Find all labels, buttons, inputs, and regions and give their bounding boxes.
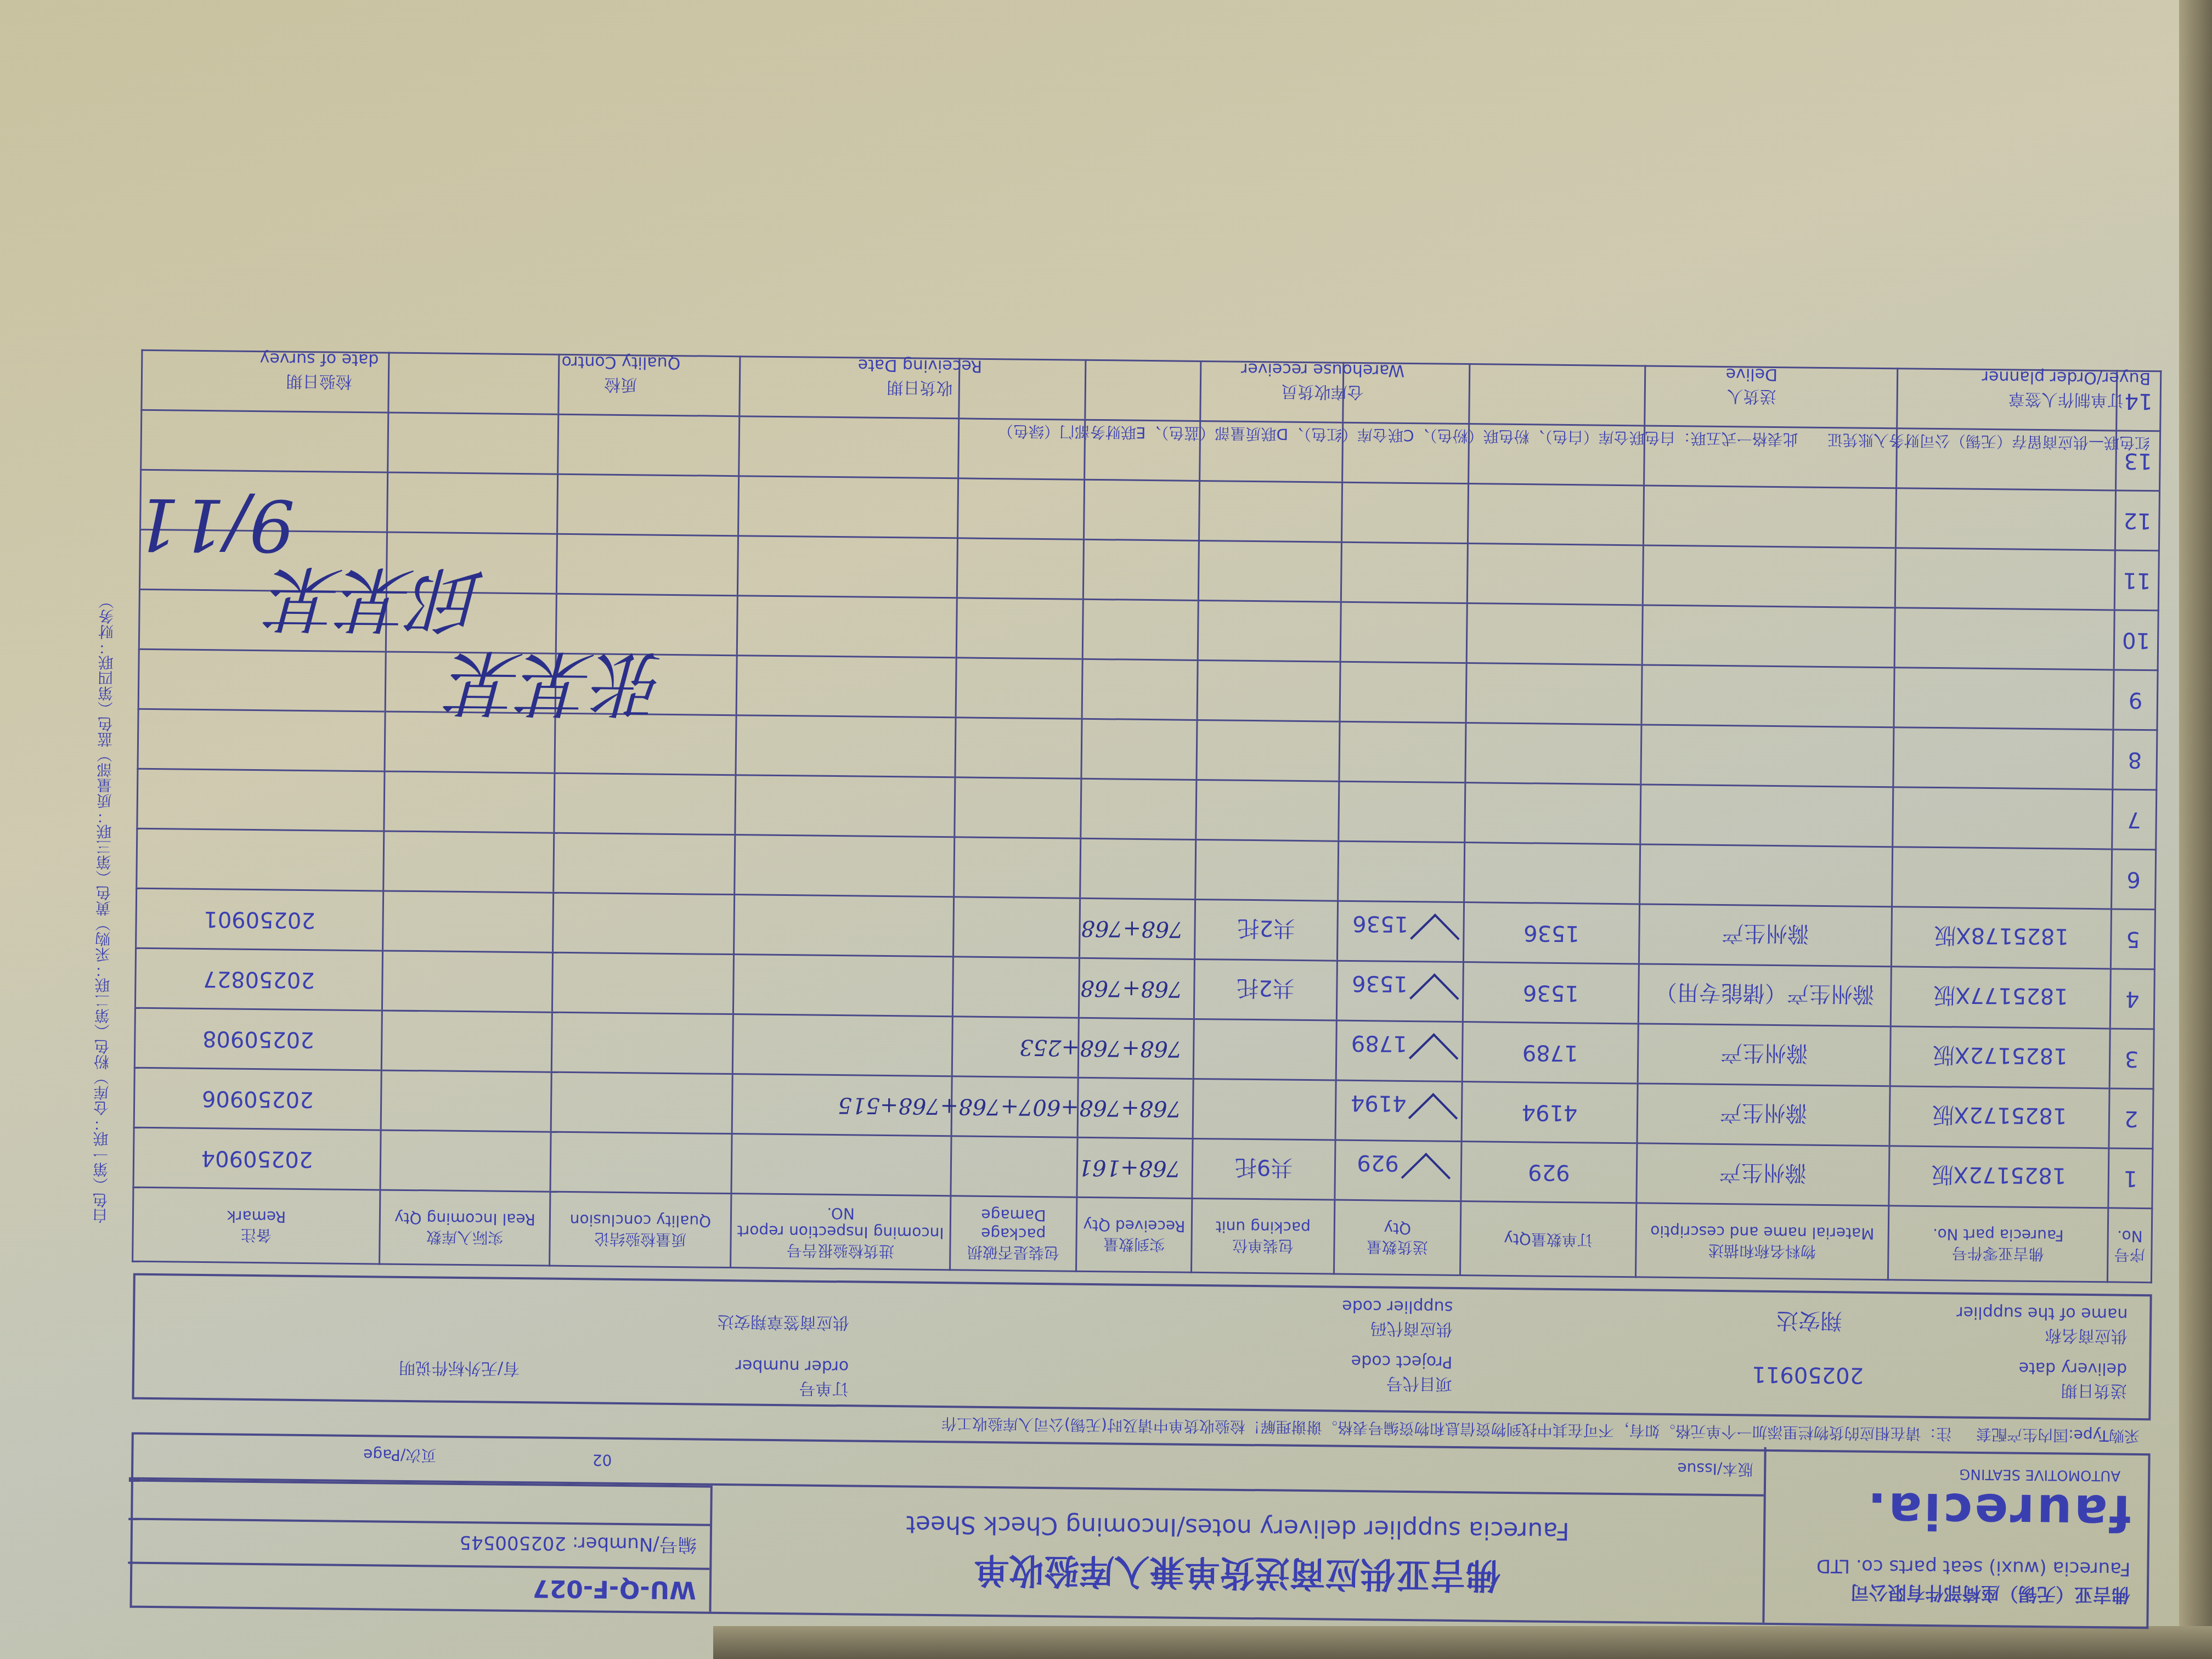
issue-label: 版本/Issue — [1677, 1458, 1753, 1481]
form-note: 注：请在相应的货物栏里添加一个单元格。如有，不可在其中找到物资信息和物资编号表格… — [941, 1414, 1952, 1443]
brand-tagline: AUTOMOTIVE SEATING — [1782, 1464, 2120, 1483]
table-surface — [713, 1626, 2212, 1659]
copy-note: 红色联—供应商留存（无锡）公司财务入账凭证 — [1827, 431, 2150, 452]
row-no: 3 — [2109, 1029, 2154, 1089]
sig-quality: 质检Quality Contro — [561, 351, 681, 396]
real-incoming-qty — [382, 951, 552, 1012]
supplier-name-label: 供应商名称 name of the supplier — [1956, 1301, 2128, 1347]
inspection-report — [731, 1134, 951, 1196]
handwritten-signature-2: 邱某某 — [272, 552, 487, 657]
row-no: 9 — [2113, 670, 2158, 730]
title-cn: 佛吉亚供应商送货单兼入库验收单 — [712, 1545, 1763, 1606]
check-mark-icon — [1409, 973, 1459, 1023]
part-no: 1825172X版 — [1889, 1146, 2109, 1208]
col-received-qty: 实到数量Received Qty — [1076, 1197, 1192, 1272]
faurecia-logo: faurecia. — [1782, 1480, 2131, 1542]
quality-conclusion — [551, 1012, 733, 1074]
remark: 20250904 — [133, 1127, 381, 1190]
row-no: 11 — [2114, 550, 2159, 611]
check-mark-icon — [1401, 1153, 1451, 1203]
row-no: 10 — [2114, 610, 2158, 670]
remark: 20250908 — [134, 1008, 382, 1070]
page-label: 页次/Page — [363, 1444, 437, 1467]
form-header: 佛吉亚（无锡）座椅部件有限公司 Faurecia (wuxi) seat par… — [129, 1432, 2150, 1629]
real-incoming-qty — [381, 1070, 551, 1132]
items-table: 序号No. 佛吉亚零件号Faurecia part No. 物料名称和描述Mat… — [132, 349, 2162, 1283]
col-material: 物料名称和描述Material name and cescriptio — [1635, 1203, 1888, 1280]
material: 滁州生产 — [1637, 1084, 1890, 1146]
row-no: 1 — [2108, 1148, 2153, 1209]
company-name-en: Faurecia (wuxi) seat parts co. LTD — [1781, 1554, 2130, 1580]
outsource-note-label: 有/无外标件说明 — [399, 1356, 520, 1379]
inspection-report — [733, 955, 953, 1017]
supply-type: 采购Type:国内生产配套 — [1976, 1425, 2140, 1445]
document-number: 202500545 — [459, 1531, 566, 1554]
col-quality-conclusion: 质量检验结论Quality conclusion — [550, 1192, 731, 1267]
delivery-qty-cell: 1536 — [1337, 901, 1464, 962]
row-no: 6 — [2112, 849, 2156, 910]
material: 滁州生产（储能专用） — [1638, 964, 1891, 1026]
quality-conclusion — [550, 1132, 732, 1193]
package-damage — [953, 897, 1080, 958]
inspection-report — [734, 895, 954, 957]
package-damage — [952, 1017, 1079, 1077]
quality-conclusion — [551, 1072, 732, 1133]
order-qty: 1789 — [1462, 1022, 1638, 1084]
package-damage — [951, 1136, 1077, 1197]
remark: 20250901 — [136, 888, 383, 951]
inspection-report — [732, 1074, 952, 1136]
delivery-date-label: 送货日期 delivery date — [2018, 1357, 2127, 1402]
quality-conclusion — [552, 952, 733, 1014]
sig-buyer: 订单制作人签章Buyer/Order planner — [1982, 365, 2151, 411]
delivery-qty-cell: 1789 — [1336, 1020, 1463, 1081]
delivery-note-form: 佛吉亚（无锡）座椅部件有限公司 Faurecia (wuxi) seat par… — [129, 182, 2163, 1629]
delivery-date: 20250911 — [1752, 1362, 1864, 1388]
supplier-name: 翔安达 — [1776, 1306, 1843, 1338]
material: 滁州生产 — [1639, 904, 1892, 967]
form-title: 佛吉亚供应商送货单兼入库验收单 Faurecia supplier delive… — [709, 1486, 1763, 1623]
packing-unit: 共2托 — [1194, 959, 1337, 1020]
col-packing-unit: 包装单位packing unit — [1191, 1198, 1334, 1274]
supplier-stamp-label: 供应商签章 — [767, 1311, 849, 1334]
received-qty: 768+768+607+768+768+515 — [1077, 1077, 1193, 1138]
signature-row: 订单制作人签章Buyer/Order planner 送货人Delive 仓库收… — [143, 291, 2163, 422]
company-name-cn: 佛吉亚（无锡）座椅部件有限公司 — [1781, 1579, 2130, 1610]
row-no: 7 — [2112, 789, 2157, 850]
received-qty: 768+768 — [1079, 898, 1195, 959]
remark: 20250906 — [134, 1068, 381, 1130]
delivery-info: 送货日期 delivery date 20250911 供应商名称 name o… — [132, 1273, 2152, 1421]
delivery-qty-cell: 929 — [1335, 1140, 1462, 1201]
col-remark: 备注Remark — [133, 1187, 380, 1264]
form-code-cell: WU-Q-F-027 — [128, 1562, 710, 1612]
project-code-label: 项目代号 Project code — [1351, 1350, 1452, 1395]
material: 滁州生产 — [1638, 1024, 1891, 1086]
handwritten-date: 9/11 — [134, 482, 295, 567]
supplier-code-label: 供应商代码 supplier code — [1342, 1295, 1453, 1340]
order-qty: 1536 — [1463, 962, 1639, 1024]
received-qty: 768+768 — [1079, 958, 1194, 1019]
order-qty: 1536 — [1463, 902, 1639, 964]
packing-unit — [1193, 1019, 1336, 1080]
number-cell: 编号/Number: 202500545 — [128, 1518, 710, 1568]
sig-receiving-date: 收货日期Receiving Date — [857, 353, 982, 398]
supplier-stamp-value: 翔安达 — [718, 1310, 767, 1333]
part-no: 1825178X版 — [1891, 907, 2111, 969]
row-no: 5 — [2111, 909, 2155, 969]
material: 滁州生产 — [1637, 1143, 1889, 1206]
delivery-qty-cell: 1536 — [1336, 961, 1463, 1022]
blank-meta-cell — [128, 1480, 710, 1524]
real-incoming-qty — [383, 891, 554, 952]
part-no: 1825177X版 — [1891, 967, 2111, 1029]
check-mark-icon — [1410, 913, 1460, 963]
company-block: 佛吉亚（无锡）座椅部件有限公司 Faurecia (wuxi) seat par… — [1762, 1447, 2148, 1627]
form-code: WU-Q-F-027 — [533, 1574, 696, 1604]
received-qty: 768+768+253 — [1078, 1018, 1194, 1079]
col-order-qty: 订单数量Qty — [1460, 1201, 1636, 1277]
side-copy-text: 白色（第一联：仓库）粉色（第二联：采购）黄色（第三联：质量部）蓝色（第四联：财务… — [90, 594, 119, 1223]
received-qty: 768+161 — [1077, 1137, 1193, 1198]
check-mark-icon — [1408, 1093, 1458, 1143]
col-no: 序号No. — [2107, 1208, 2152, 1283]
issue-value: 02 — [592, 1451, 612, 1469]
real-incoming-qty — [380, 1130, 551, 1192]
real-incoming-qty — [381, 1011, 552, 1072]
order-qty: 4194 — [1462, 1082, 1638, 1143]
row-no: 8 — [2113, 730, 2157, 790]
check-mark-icon — [1409, 1033, 1459, 1083]
packing-unit: 共9托 — [1192, 1138, 1335, 1200]
quality-conclusion — [553, 893, 735, 954]
title-en: Faurecia supplier delivery notes/Incomin… — [712, 1508, 1763, 1547]
col-package-damage: 包装是否破损package Damage — [950, 1196, 1077, 1271]
sig-warehouse: 仓库收货员Warehouse receiver — [1240, 358, 1404, 403]
col-real-incoming-qty: 实际入库数Real Incoming Qty — [380, 1190, 550, 1266]
packing-unit — [1193, 1079, 1336, 1140]
delivery-qty-cell: 4194 — [1335, 1080, 1462, 1141]
col-part-no: 佛吉亚零件号Faurecia part No. — [1888, 1206, 2108, 1282]
part-no: 1825172X版 — [1890, 1026, 2110, 1088]
remark: 20250827 — [135, 948, 382, 1011]
package-damage — [952, 957, 1079, 1018]
row-no: 2 — [2109, 1088, 2153, 1149]
package-damage — [951, 1076, 1078, 1137]
col-delivery-qty: 送货数量Qty — [1334, 1200, 1460, 1275]
inspection-report — [732, 1014, 952, 1076]
row-no: 12 — [2115, 490, 2159, 551]
part-no: 1825172X版 — [1889, 1086, 2109, 1148]
col-inspection-report: 进货检验报告号Incoming Inspection report NO. — [731, 1194, 951, 1270]
paper-edge — [2179, 0, 2212, 1659]
packing-unit: 共2托 — [1194, 899, 1338, 961]
sig-survey-date: 检验日期date of survey — [259, 347, 379, 392]
row-no: 4 — [2110, 969, 2154, 1029]
number-label: 编号/Number: — [572, 1532, 697, 1555]
order-no-label: 订单号 order number — [735, 1354, 849, 1399]
order-qty: 929 — [1461, 1142, 1637, 1203]
sig-deliverer: 送货人Delive — [1725, 363, 1778, 407]
